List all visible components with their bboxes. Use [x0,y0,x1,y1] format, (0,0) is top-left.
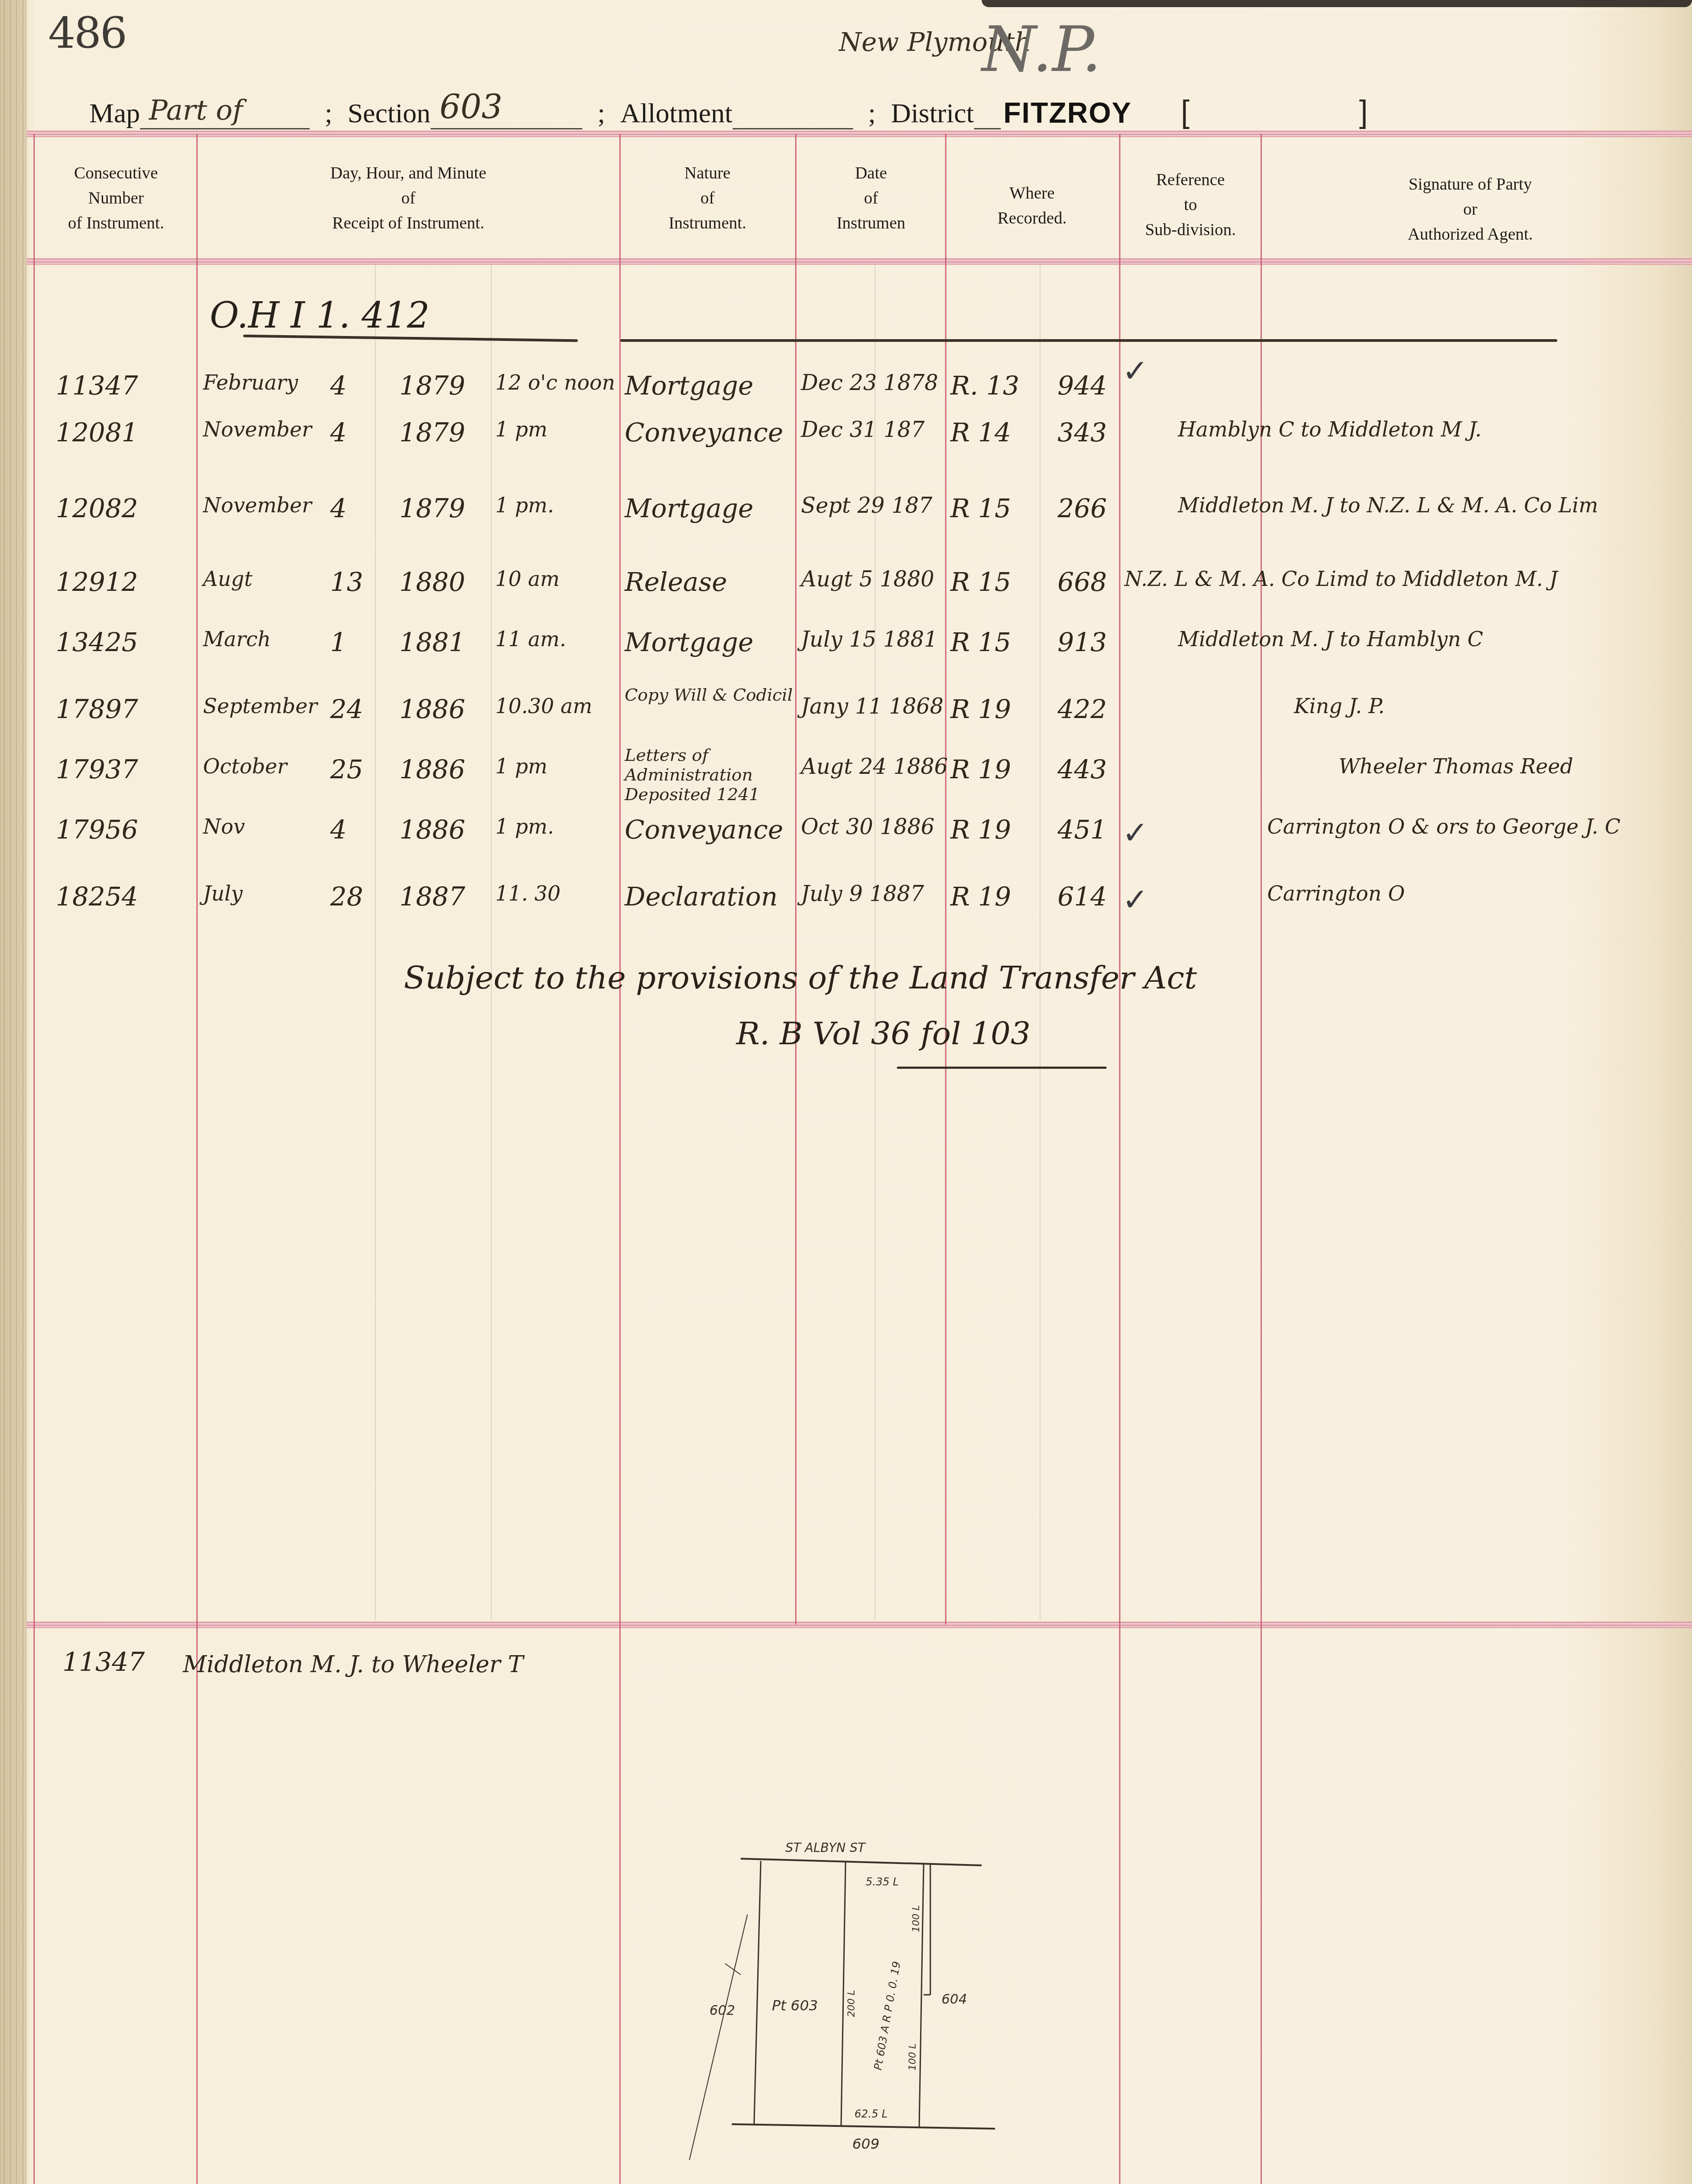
column-header-line: of [797,186,945,211]
entry-time: 12 o'c noon [495,370,615,394]
entry-month: Augt [203,567,253,591]
entry-date-of-instrument: Jany 11 1868 [801,694,944,719]
column-header-nature: NatureofInstrument. [622,161,793,236]
entry-nature: Declaration [625,881,778,912]
entry-folio: 422 [1057,694,1107,724]
separator: ; [597,98,605,129]
entry-recorded-register: R 14 [950,417,1011,448]
column-header-line: or [1263,197,1678,222]
entry-year: 1886 [399,814,465,845]
entry-number: 11347 [56,370,138,401]
entry-parties: Wheeler Thomas Reed [1339,754,1573,778]
column-header-line: of Instrument. [36,211,196,236]
district-value: FITZROY [1004,96,1132,129]
entry-time: 11 am. [495,627,566,651]
plan-left-side-measure: 200 L [846,1990,857,2017]
entry-number: 17937 [56,754,138,785]
subcolumn-rule [491,263,492,1620]
entry-number: 12081 [56,417,138,448]
entry-recorded-register: R 19 [950,694,1011,724]
entry-date-of-instrument: July 9 1887 [801,881,924,906]
pencil-annotation: N.P. [982,13,1101,86]
entry-day: 4 [330,417,347,448]
entry-check-mark: ✓ [1122,881,1149,918]
bracket-close: ] [1359,94,1368,129]
plan-lower-right-measure: 100 L [907,2043,918,2071]
column-header-line: of [199,186,618,211]
entry-year: 1886 [399,754,465,785]
entry-year: 1879 [399,493,465,523]
entry-parties: Carrington O & ors to George J. C [1267,814,1621,839]
subcolumn-rule [875,263,875,1620]
book-spine-edge [0,0,27,2184]
column-header-signature: Signature of PartyorAuthorized Agent. [1263,172,1678,247]
entry-folio: 451 [1057,814,1107,845]
subcolumn-rule [1040,263,1041,1620]
entry-folio: 614 [1057,881,1107,912]
district-label: District [891,98,974,129]
entry-folio: 443 [1057,754,1107,785]
entry-year: 1879 [399,370,465,401]
entry-time: 1 pm [495,754,547,778]
column-header-line: Reference [1121,167,1260,192]
entry-parties: Middleton M. J to Hamblyn C [1178,627,1483,651]
entry-date-of-instrument: Oct 30 1886 [801,814,934,839]
entry-month: Nov [203,814,245,839]
map-label: Map [89,98,140,129]
column-header-reference: ReferencetoSub-division. [1121,167,1260,242]
entry-month: November [203,493,311,517]
entry-check-mark: ✓ [1122,814,1149,851]
column-header-line: Consecutive [36,161,196,186]
footnote-line-1: Subject to the provisions of the Land Tr… [404,959,1197,996]
column-header-line: Sub-division. [1121,217,1260,242]
map-field: Part of [140,97,310,129]
entry-day: 13 [330,567,363,597]
entry-day: 25 [330,754,363,785]
entry-day: 4 [330,814,347,845]
district-underline [974,97,1001,129]
column-rule [33,134,35,2184]
footnote-line-2: R. B Vol 36 fol 103 [736,1015,1030,1052]
entry-time: 10 am [495,567,560,591]
entry-number: 12082 [56,493,138,523]
entry-number: 12912 [56,567,138,597]
entry-recorded-register: R 15 [950,493,1011,523]
plan-lot-label: Pt 603 [772,1997,818,2014]
ledger-page: 486 New Plymouth N.P. Map Part of ; Sect… [0,0,1692,2184]
entry-folio: 266 [1057,493,1107,523]
allotment-label: Allotment [620,98,732,129]
entry-recorded-register: R 19 [950,881,1011,912]
plan-street: ST ALBYN ST [785,1840,866,1855]
page-number: 486 [48,8,126,58]
entry-parties: Middleton M. J to N.Z. L & M. A. Co Lim [1178,493,1598,517]
entry-date-of-instrument: Augt 5 1880 [801,567,934,592]
plan-bottom-measure: 62.5 L [854,2108,887,2120]
column-header-line: to [1121,192,1260,217]
map-value: Part of [149,94,243,126]
column-header-line: Day, Hour, and Minute [199,161,618,186]
rule-top [27,130,1692,137]
entry-nature: Mortgage [625,627,754,657]
entry-nature: Letters of Administration Deposited 1241 [625,745,794,804]
column-header-line: Authorized Agent. [1263,222,1678,247]
plan-top-measure: 5.35 L [866,1876,899,1888]
entry-year: 1879 [399,417,465,448]
entry-day: 28 [330,881,363,912]
entry-nature: Release [625,567,727,597]
entry-month: November [203,417,311,441]
entry-recorded-register: R 15 [950,627,1011,657]
entry-month: February [203,370,298,394]
column-header-line: Number [36,186,196,211]
entry-time: 1 pm [495,417,547,441]
entry-time: 10.30 am [495,694,592,718]
plan-right-neighbor: 604 [941,1992,967,2007]
entry-year: 1886 [399,694,465,724]
column-header-consecutive-number: ConsecutiveNumberof Instrument. [36,161,196,236]
entry-recorded-register: R 15 [950,567,1011,597]
entry-day: 24 [330,694,363,724]
entry-date-of-instrument: Dec 23 1878 [801,370,938,395]
plan-bottom-neighbor: 609 [852,2135,879,2152]
entry-nature: Conveyance [625,417,783,448]
entry-parties: Hamblyn C to Middleton M J. [1178,417,1481,441]
allotment-field [733,97,853,129]
entry-month: March [203,627,271,651]
entry-date-of-instrument: July 15 1881 [801,627,937,652]
entry-day: 1 [330,627,347,657]
entry-time: 1 pm. [495,814,554,839]
entry-number: 18254 [56,881,138,912]
plan-upper-right-measure: 100 L [911,1905,922,1932]
subcolumn-rule [375,263,376,1620]
reference-rule [620,339,1557,342]
column-header-line: Where [947,181,1117,206]
bracket-open: [ [1181,94,1190,129]
entry-date-of-instrument: Sept 29 187 [801,493,933,518]
entry-year: 1881 [399,627,465,657]
entry-date-of-instrument: Augt 24 1886 [801,754,948,779]
entry-folio: 668 [1057,567,1107,597]
column-rule [196,134,198,2184]
column-header-where-recorded: WhereRecorded. [947,181,1117,231]
lower-entry-number: 11347 [62,1647,145,1677]
column-rule [1261,134,1262,2184]
entry-year: 1887 [399,881,465,912]
column-header-line: Instrumen [797,211,945,236]
separator: ; [868,98,876,129]
entry-check-mark: ✓ [1122,353,1149,389]
entry-nature: Conveyance [625,814,783,845]
plan-drawing: ST ALBYN ST 5.35 L 602 Pt 603 200 L Pt 6… [687,1785,1044,2164]
entry-recorded-register: R 19 [950,754,1011,785]
entry-nature: Mortgage [625,370,754,401]
entry-time: 1 pm. [495,493,554,517]
column-header-line: Nature [622,161,793,186]
entry-nature: Mortgage [625,493,754,523]
column-header-line: Instrument. [622,211,793,236]
plan-left-neighbor: 602 [709,2003,735,2018]
column-header-date: DateofInstrumen [797,161,945,236]
section-label: Section [348,98,431,129]
entry-nature: Copy Will & Codicil [625,685,794,705]
column-header-line: Date [797,161,945,186]
column-rule [795,134,796,1624]
column-header-line: of [622,186,793,211]
entry-date-of-instrument: Dec 31 187 [801,417,925,442]
entry-parties: Carrington O [1267,881,1405,905]
entry-folio: 913 [1057,627,1107,657]
entry-month: October [203,754,287,778]
survey-plan-sketch: ST ALBYN ST 5.35 L 602 Pt 603 200 L Pt 6… [687,1785,1044,2164]
entry-number: 17897 [56,694,138,724]
lower-entry-text: Middleton M. J. to Wheeler T [183,1651,523,1678]
footnote-underline [897,1067,1107,1069]
entry-recorded-register: R. 13 [950,370,1019,401]
entry-parties: N.Z. L & M. A. Co Limd to Middleton M. J [1124,567,1558,591]
entry-month: July [203,881,243,905]
entry-number: 17956 [56,814,138,845]
entry-recorded-register: R 19 [950,814,1011,845]
column-header-line: Receipt of Instrument. [199,211,618,236]
entry-number: 13425 [56,627,138,657]
rule-section-divider [27,1621,1692,1628]
entry-day: 4 [330,370,347,401]
entry-parties: King J. P. [1294,694,1385,718]
rule-header-bottom [27,258,1692,265]
column-header-line: Signature of Party [1263,172,1678,197]
page-top-shadow [982,0,1692,7]
entry-month: September [203,694,317,718]
column-header-line: Recorded. [947,206,1117,231]
entry-year: 1880 [399,567,465,597]
section-field: 603 [431,97,582,129]
entry-folio: 944 [1057,370,1107,401]
column-rule [1119,134,1120,2184]
plan-right-lot: Pt 603 A R P 0. 0. 19 [871,1960,903,2071]
register-heading: Map Part of ; Section 603 ; Allotment ; … [89,80,1368,129]
column-rule [945,134,946,1624]
entry-folio: 343 [1057,417,1107,448]
entry-day: 4 [330,493,347,523]
section-value: 603 [440,88,502,126]
entry-time: 11. 30 [495,881,560,905]
separator: ; [325,98,332,129]
column-header-receipt-time: Day, Hour, and MinuteofReceipt of Instru… [199,161,618,236]
column-rule [619,134,621,2184]
reference-header: O.H I 1. 412 [210,295,430,336]
